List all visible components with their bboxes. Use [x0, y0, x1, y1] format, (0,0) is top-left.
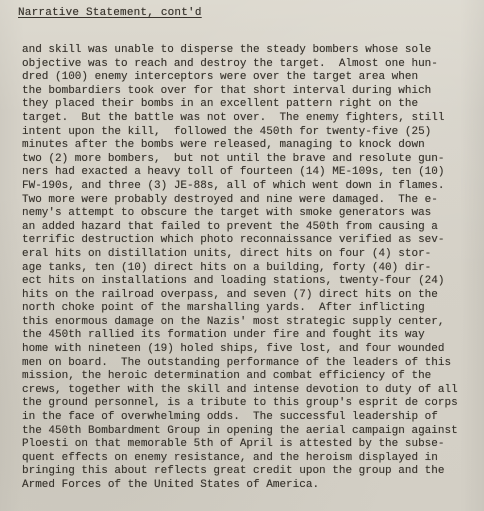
text-line: an added hazard that failed to prevent t… [22, 221, 474, 235]
text-line: home with nineteen (19) holed ships, fiv… [22, 343, 474, 357]
text-line: men on board. The outstanding performanc… [22, 357, 474, 371]
text-line: this enormous damage on the Nazis' most … [22, 316, 474, 330]
text-line: the bombardiers took over for that short… [22, 85, 474, 99]
text-line: in the face of overwhelming odds. The su… [22, 411, 474, 425]
text-line: and skill was unable to disperse the ste… [22, 44, 474, 58]
text-line: ners had exacted a heavy toll of fourtee… [22, 166, 474, 180]
typewritten-page: Narrative Statement, cont'd and skill wa… [0, 0, 484, 511]
text-line: target. But the battle was not over. The… [22, 112, 474, 126]
narrative-paragraph: and skill was unable to disperse the ste… [22, 44, 474, 493]
text-line: the 450th rallied its formation under fi… [22, 329, 474, 343]
text-line: minutes after the bombs were released, m… [22, 139, 474, 153]
text-line: bringing this about reflects great credi… [22, 465, 474, 479]
text-line: north choke point of the marshalling yar… [22, 302, 474, 316]
text-line: Ploesti on that memorable 5th of April i… [22, 438, 474, 452]
text-line: intent upon the kill, followed the 450th… [22, 126, 474, 140]
text-line: mission, the heroic determination and co… [22, 370, 474, 384]
text-line: they placed their bombs in an excellent … [22, 98, 474, 112]
text-line: the ground personnel, is a tribute to th… [22, 397, 474, 411]
text-line: Two more were probably destroyed and nin… [22, 194, 474, 208]
text-line: eral hits on distillation units, direct … [22, 248, 474, 262]
text-line: nemy's attempt to obscure the target wit… [22, 207, 474, 221]
text-line: FW-190s, and three (3) JE-88s, all of wh… [22, 180, 474, 194]
page-header: Narrative Statement, cont'd [18, 7, 202, 19]
text-line: terrific destruction which photo reconna… [22, 234, 474, 248]
text-line: dred (100) enemy interceptors were over … [22, 71, 474, 85]
text-line: quent effects on enemy resistance, and t… [22, 452, 474, 466]
text-line: objective was to reach and destroy the t… [22, 58, 474, 72]
text-line: the 450th Bombardment Group in opening t… [22, 425, 474, 439]
text-line: hits on the railroad overpass, and seven… [22, 289, 474, 303]
text-line: Armed Forces of the United States of Ame… [22, 479, 474, 493]
text-line: two (2) more bombers, but not until the … [22, 153, 474, 167]
text-line: age tanks, ten (10) direct hits on a bui… [22, 262, 474, 276]
text-line: crews, together with the skill and inten… [22, 384, 474, 398]
text-line: ect hits on installations and loading st… [22, 275, 474, 289]
